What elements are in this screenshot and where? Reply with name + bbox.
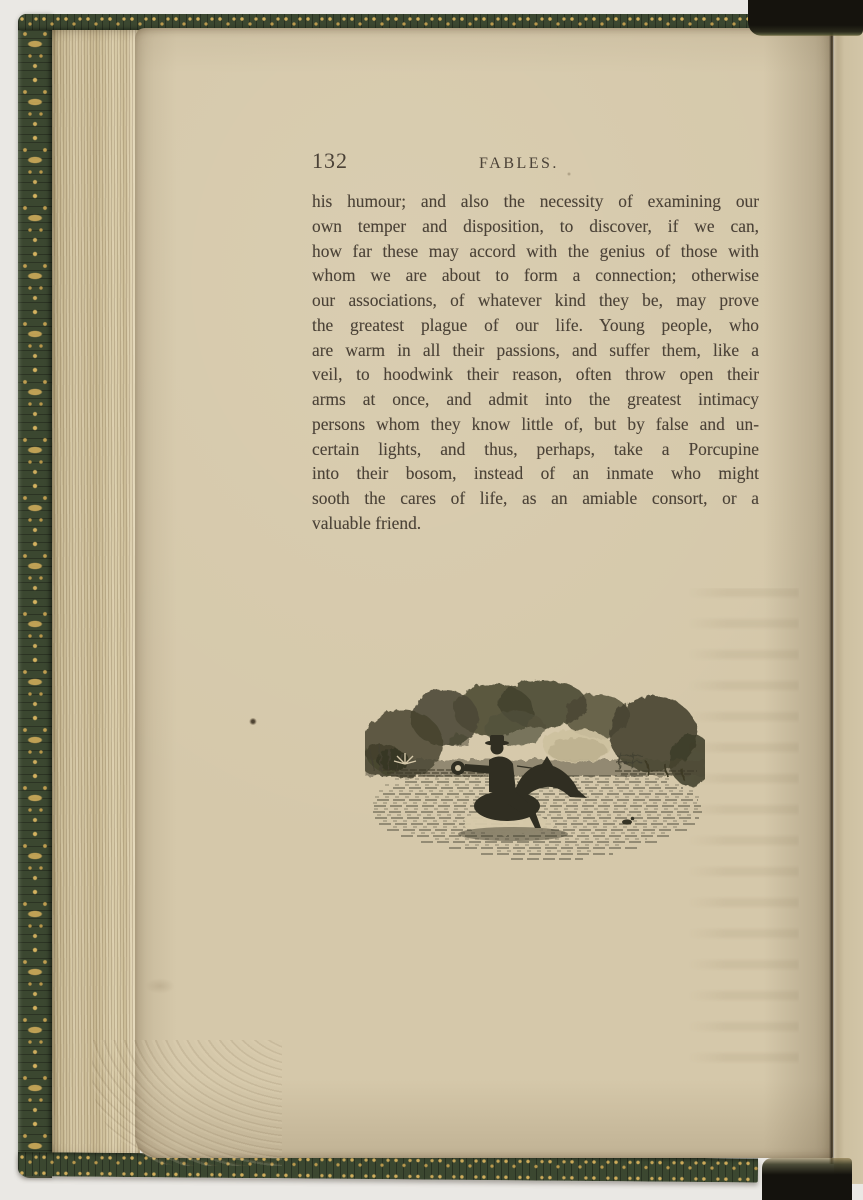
- book-page: 132 FABLES. his humour; and also the nec…: [135, 28, 833, 1158]
- running-header: FABLES.: [296, 155, 742, 173]
- body-text-line: are warm in all their passions, and suff…: [312, 338, 759, 363]
- body-text-line: our associations, of whatever kind they …: [312, 288, 759, 313]
- body-text-line: the greatest plague of our life. Young p…: [312, 313, 759, 338]
- woodcut-illustration: [365, 676, 705, 872]
- foxing-spot: [249, 718, 257, 725]
- body-text-line: arms at once, and admit into the greates…: [312, 387, 759, 412]
- body-text-line: his humour; and also the necessity of ex…: [312, 189, 759, 214]
- page-fore-edges: [48, 26, 140, 1166]
- body-text-line: certain lights, and thus, perhaps, take …: [312, 437, 759, 462]
- body-text: his humour; and also the necessity of ex…: [312, 189, 759, 536]
- gutter-shadow-bottom: [762, 1158, 852, 1200]
- gutter-shadow-top: [748, 0, 863, 36]
- body-text-line: whom we are about to form a connection; …: [312, 263, 759, 288]
- foxing-spot: [145, 978, 175, 994]
- body-text-line: veil, to hoodwink their reason, often th…: [312, 362, 759, 387]
- round-object: [455, 765, 461, 771]
- book-cover-left-edge: [18, 14, 52, 1178]
- facing-page-sliver: [834, 22, 863, 1184]
- body-text-line: persons whom they know little of, but by…: [312, 412, 759, 437]
- water-shadow: [458, 827, 568, 841]
- body-text-line: own temper and disposition, to discover,…: [312, 214, 759, 239]
- scanned-book-photo: 132 FABLES. his humour; and also the nec…: [0, 0, 863, 1200]
- body-text-line: how far these may accord with the genius…: [312, 239, 759, 264]
- body-text-line: valuable friend.: [312, 511, 759, 536]
- body-text-line: into their bosom, instead of an inmate w…: [312, 461, 759, 486]
- body-text-line: sooth the cares of life, as an amiable c…: [312, 486, 759, 511]
